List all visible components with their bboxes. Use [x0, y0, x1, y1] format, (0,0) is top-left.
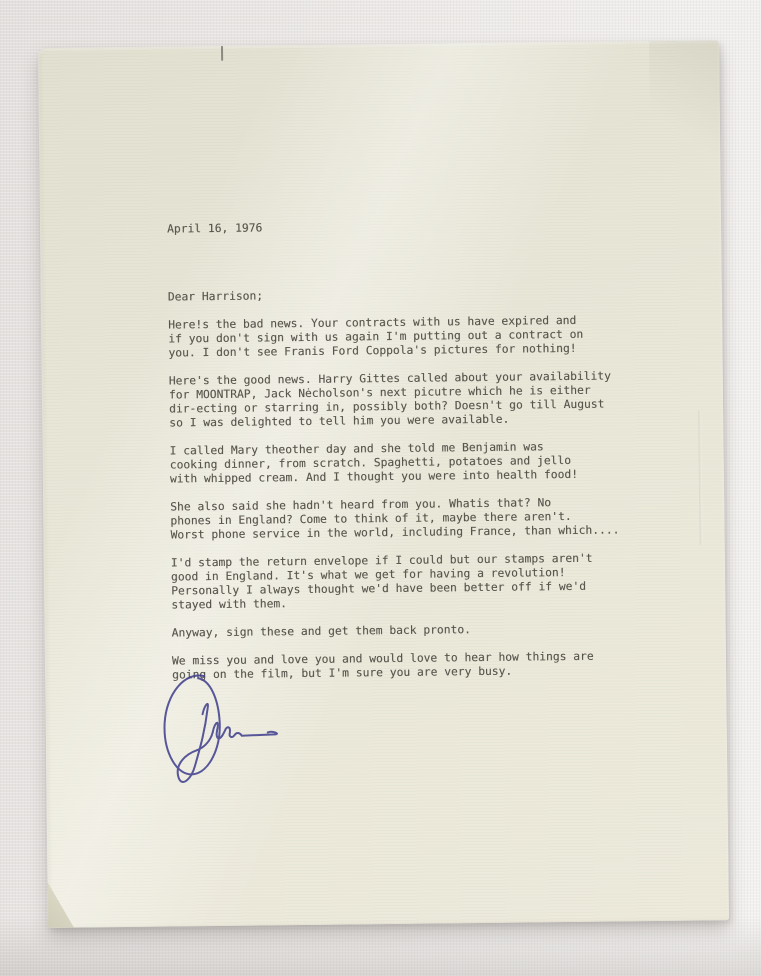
paragraph-good-news: Here's the good news. Harry Gittes calle… [169, 369, 670, 431]
letter-body: Here!s the bad news. Your contracts with… [168, 313, 672, 697]
photo-of-letter: { "photo": { "background_color": "#eae7e… [0, 0, 761, 976]
paper-folded-corner [47, 882, 74, 928]
letter-salutation: Dear Harrison; [168, 289, 263, 304]
paper-crease-right [698, 411, 703, 546]
paragraph-bad-news: Here!s the bad news. Your contracts with… [168, 313, 668, 361]
signature-ink-scribble [144, 665, 326, 802]
paragraph-sign-pronto: Anyway, sign these and get them back pro… [172, 621, 672, 641]
paragraph-mary-benjamin: I called Mary theother day and she told … [170, 439, 670, 487]
pen-mark-top-edge [221, 46, 223, 61]
paper-crease-top-right [649, 40, 721, 211]
paragraph-phones: She also said she hadn't heard from you.… [170, 495, 670, 543]
paragraph-stamps: I'd stamp the return envelope if I could… [171, 551, 672, 613]
letter-paper: April 16, 1976 Dear Harrison; Here!s the… [38, 40, 729, 928]
letter-date: April 16, 1976 [167, 221, 262, 236]
